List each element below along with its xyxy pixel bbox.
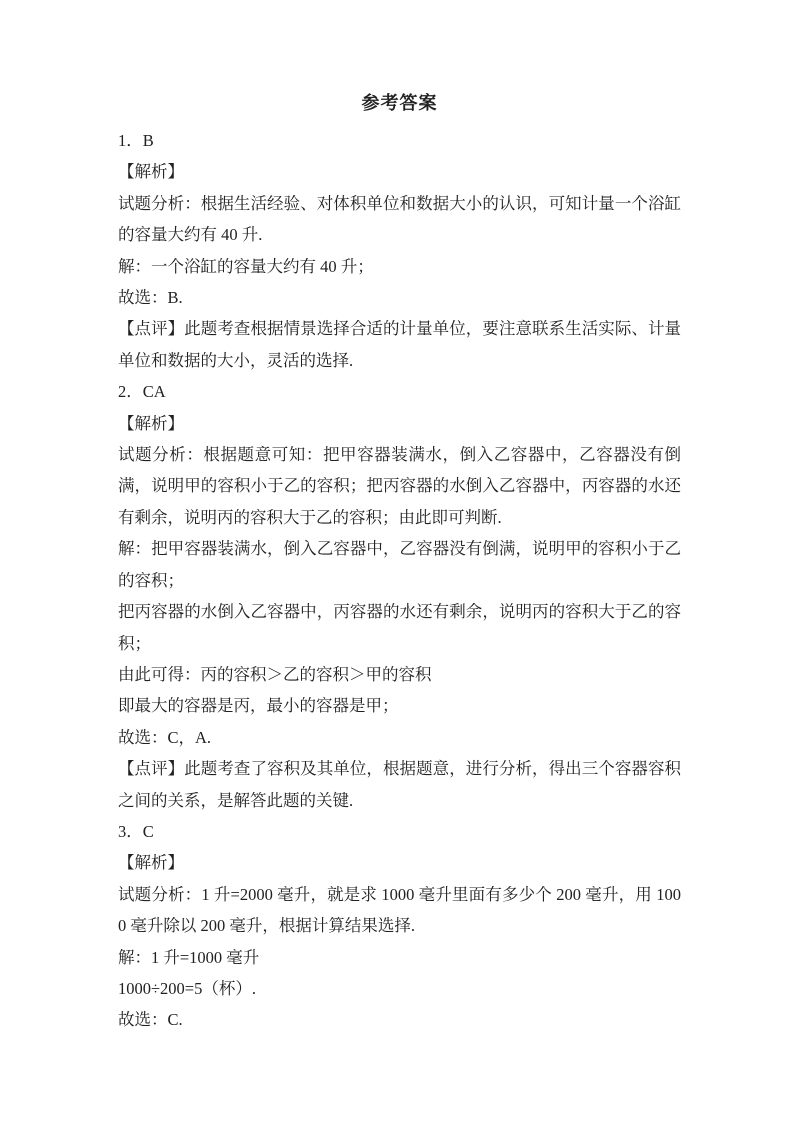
- comment-text-2: 【点评】此题考查了容积及其单位，根据题意，进行分析，得出三个容器容积之间的关系，…: [118, 753, 681, 816]
- choice-text-3: 故选：C.: [118, 1004, 681, 1035]
- solution-text-2b: 把丙容器的水倒入乙容器中，丙容器的水还有剩余，说明丙的容积大于乙的容积；: [118, 596, 681, 659]
- question-3-section: 3．C 【解析】 试题分析：1 升=2000 毫升，就是求 1000 毫升里面有…: [118, 816, 681, 1036]
- conclusion-text-2: 由此可得：丙的容积＞乙的容积＞甲的容积: [118, 659, 681, 690]
- solution-text-1: 解：一个浴缸的容量大约有 40 升；: [118, 251, 681, 282]
- analysis-text-3: 试题分析：1 升=2000 毫升，就是求 1000 毫升里面有多少个 200 毫…: [118, 879, 681, 942]
- analysis-marker-1: 【解析】: [118, 156, 681, 187]
- question-2-section: 2．CA 【解析】 试题分析：根据题意可知：把甲容器装满水，倒入乙容器中，乙容器…: [118, 376, 681, 816]
- document-title: 参考答案: [118, 88, 681, 119]
- analysis-marker-3: 【解析】: [118, 847, 681, 878]
- calculation-text-3: 1000÷200=5（杯）.: [118, 973, 681, 1004]
- question-1-section: 1．B 【解析】 试题分析：根据生活经验、对体积单位和数据大小的认识，可知计量一…: [118, 125, 681, 376]
- analysis-text-1: 试题分析：根据生活经验、对体积单位和数据大小的认识，可知计量一个浴缸的容量大约有…: [118, 188, 681, 251]
- choice-text-1: 故选：B.: [118, 282, 681, 313]
- answer-2-label: 2．CA: [118, 376, 681, 407]
- answer-3-label: 3．C: [118, 816, 681, 847]
- result-text-2: 即最大的容器是丙，最小的容器是甲；: [118, 690, 681, 721]
- analysis-text-2: 试题分析：根据题意可知：把甲容器装满水，倒入乙容器中，乙容器没有倒满，说明甲的容…: [118, 439, 681, 533]
- choice-text-2: 故选：C，A.: [118, 722, 681, 753]
- solution-text-2a: 解：把甲容器装满水，倒入乙容器中，乙容器没有倒满，说明甲的容积小于乙的容积；: [118, 533, 681, 596]
- comment-text-1: 【点评】此题考查根据情景选择合适的计量单位，要注意联系生活实际、计量单位和数据的…: [118, 313, 681, 376]
- answer-sheet-page: 参考答案 1．B 【解析】 试题分析：根据生活经验、对体积单位和数据大小的认识，…: [0, 0, 793, 1122]
- analysis-marker-2: 【解析】: [118, 408, 681, 439]
- solution-text-3: 解：1 升=1000 毫升: [118, 942, 681, 973]
- answer-1-label: 1．B: [118, 125, 681, 156]
